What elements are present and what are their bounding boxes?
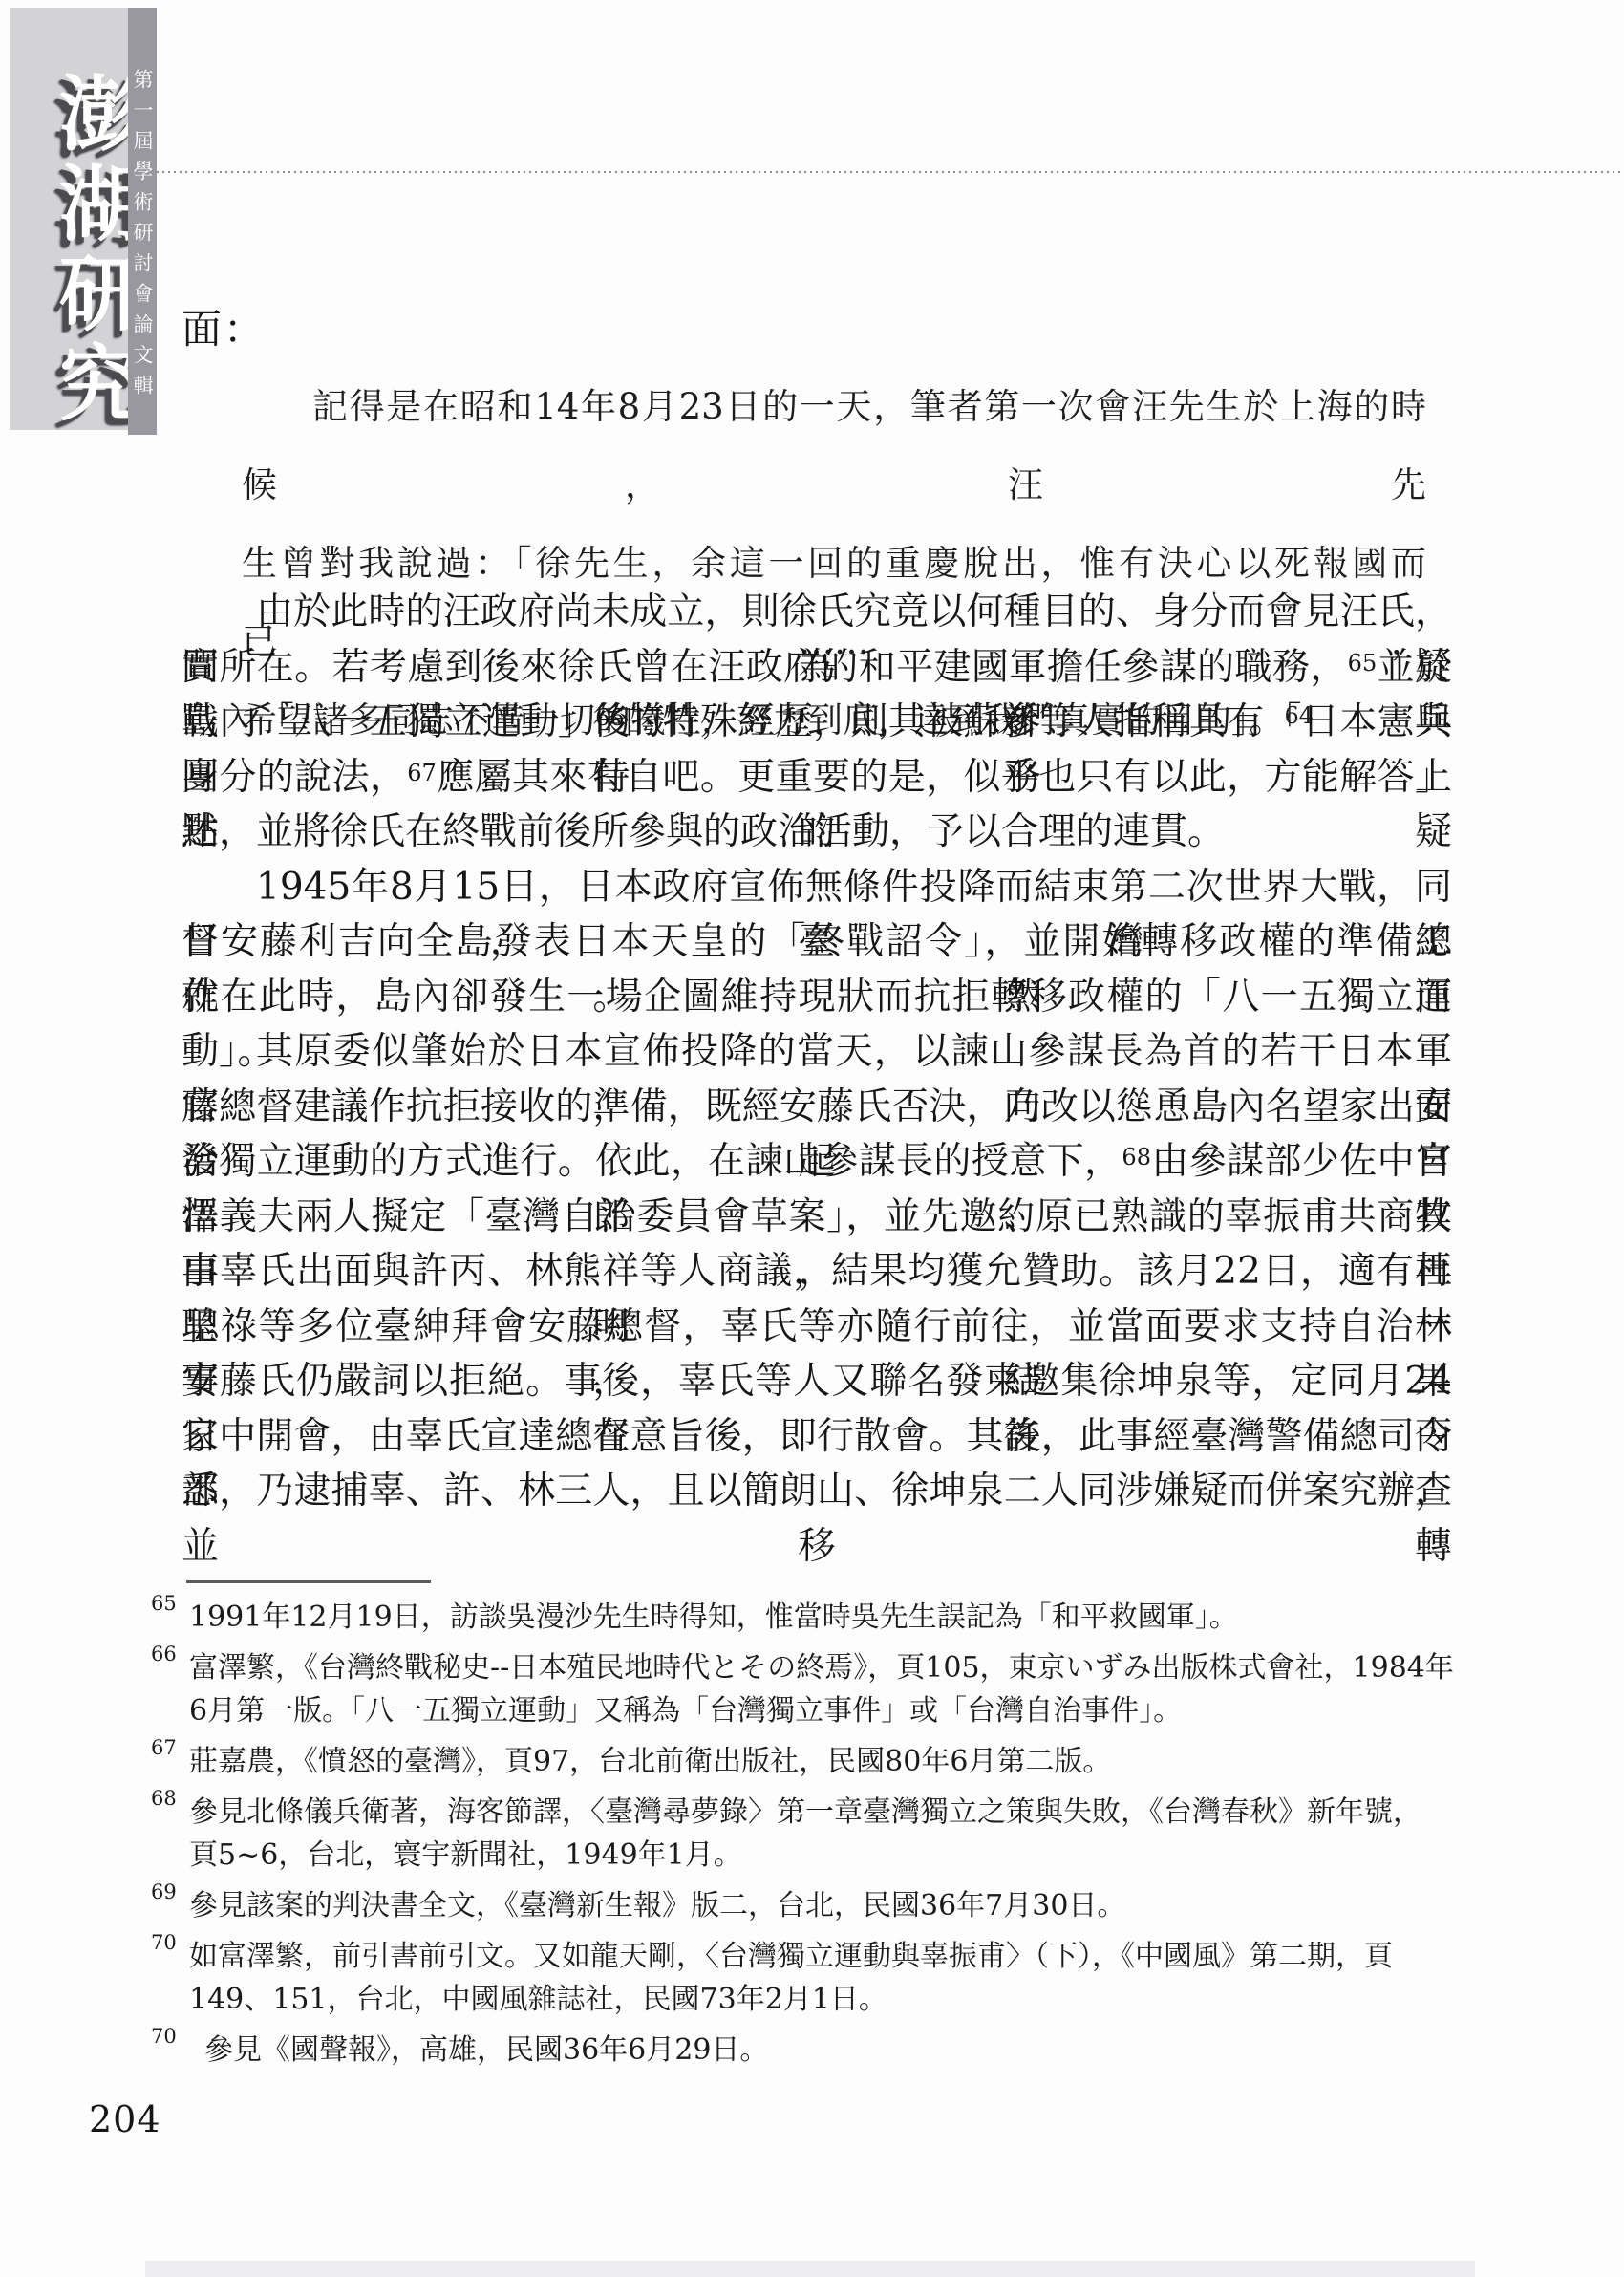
body-line: 悉，乃逮捕辜、許、林三人，且以簡朗山、徐坤泉二人同涉嫌疑而併案究辦，並移轉: [182, 1464, 1452, 1519]
scanned-document-page: 澎湖研究 第一屆學術研討會論文輯 面： 記得是在昭和14年8月23日的一天，筆者…: [0, 0, 1624, 2277]
footnote-65: 65 1991年12月19日，訪談吳漫沙先生時得知，惟當時吳先生誤記為「和平救國…: [151, 1596, 1490, 1639]
footnote-text: 富澤繁，《台灣終戰秘史--日本殖民地時代とその終焉》，頁105，東京いずみ出版株…: [189, 1646, 1490, 1689]
conference-subtitle-vertical: 第一屆學術研討會論文輯: [132, 69, 152, 405]
body-text-run: 問所在。若考慮到後來徐氏曾在汪政府的和平建國軍擔任參謀的職務，: [182, 646, 1348, 689]
body-text-run: 島內「八一五獨立運動」: [182, 700, 595, 743]
footnote-68: 68 參見北條儀兵衛著，海客節譯，〈臺灣尋夢錄〉第一章臺灣獨立之策與失敗，《台灣…: [151, 1791, 1490, 1877]
footnote-69: 69 參見該案的判決書全文，《臺灣新生報》版二，台北，民國36年7月30日。: [151, 1884, 1490, 1927]
footnote-text: 1991年12月19日，訪談吳漫沙先生時得知，惟當時吳先生誤記為「和平救國軍」。: [189, 1596, 1490, 1639]
footnote-ref-66: 66: [595, 704, 625, 731]
bottom-scan-band: [145, 2261, 1475, 2277]
footnote-70b: 70 參見《國聲報》，高雄，民國36年6月29日。: [151, 2029, 1490, 2072]
page-number: 204: [89, 2098, 161, 2140]
body-line: 就在此時，島內卻發生一場企圖維持現狀而抗拒轉移政權的「八一五獨立運動」。: [182, 970, 1452, 1025]
body-line: 藤總督建議作抗拒接收的準備，既經安藤氏否決，乃改以慫恿島內名望家出面發起自: [182, 1080, 1452, 1135]
footnote-ref-67: 67: [407, 760, 437, 786]
footnote-70: 70 如富澤繁，前引書前引文。又如龍天剛，〈台灣獨立運動與辜振甫〉（下），《中國…: [151, 1935, 1490, 2021]
quote-line: 記得是在昭和14年8月23日的一天，筆者第一次會汪先生於上海的時候，汪先: [242, 368, 1426, 525]
series-title-vertical: 澎湖研究: [52, 71, 134, 430]
footnote-text: 頁5~6，台北，寰宇新聞社，1949年1月。: [189, 1834, 1490, 1877]
body-line: 督安藤利吉向全島發表日本天皇的「終戰詔令」，並開始轉移政權的準備工作。然而: [182, 914, 1452, 970]
body-line: 家中開會，由辜氏宣達總督意旨後，即行散會。其後，此事經臺灣警備總司令部查: [182, 1409, 1452, 1465]
footnote-marker: 68: [151, 1789, 177, 1809]
header-dotted-rule: [157, 171, 1624, 173]
footnote-marker: 69: [151, 1882, 177, 1902]
body-line: 問所在。若考慮到後來徐氏曾在汪政府的和平建國軍擔任參謀的職務，65並於戰後參與: [182, 640, 1452, 696]
footnote-67: 67 莊嘉農，《憤怒的臺灣》，頁97，台北前衛出版社，民國80年6月第二版。: [151, 1740, 1490, 1783]
body-line: 島內「八一五獨立運動」66的特殊經歷，則其被蘇新等人指稱具有「日本憲兵團特務」: [182, 695, 1452, 750]
sidebar-gray-block: 澎湖研究: [10, 8, 128, 430]
body-line: 治獨立運動的方式進行。依此，在諫山參謀長的授意下，68由參謀部少佐中宮悟郎、牧: [182, 1134, 1452, 1190]
paragraph-leadin: 面：: [182, 298, 266, 355]
footnote-ref-65: 65: [1348, 650, 1378, 677]
body-line: 由辜氏出面與許丙、林熊祥等人商議，結果均獲允贊助。該月22日，適有杜聰明、林: [182, 1244, 1452, 1300]
body-line: 1945年8月15日，日本政府宣佈無條件投降而結束第二次世界大戰，同日，臺灣總: [182, 860, 1452, 915]
footnote-text: 參見北條儀兵衛著，海客節譯，〈臺灣尋夢錄〉第一章臺灣獨立之策與失敗，《台灣春秋》…: [189, 1791, 1490, 1834]
footnote-marker: 66: [151, 1644, 177, 1665]
footnote-marker: 70: [151, 1933, 177, 1953]
footnotes-section: 65 1991年12月19日，訪談吳漫沙先生時得知，惟當時吳先生誤記為「和平救國…: [151, 1596, 1490, 2079]
footnote-ref-68: 68: [1122, 1144, 1151, 1171]
footnote-text: 149、151，台北，中國風雜誌社，民國73年2月1日。: [189, 1978, 1490, 2021]
footnote-66: 66 富澤繁，《台灣終戰秘史--日本殖民地時代とその終焉》，頁105，東京いずみ…: [151, 1646, 1490, 1732]
sidebar-dark-strip: 第一屆學術研討會論文輯: [128, 8, 157, 435]
body-line: 由於此時的汪政府尚未成立，則徐氏究竟以何種目的、身分而會見汪氏，實為疑: [182, 585, 1452, 640]
body-line: 安藤氏仍嚴詞以拒絕。事後，辜氏等人又聯名發柬邀集徐坤泉等，定同月24日在許丙: [182, 1354, 1452, 1409]
body-line: 澤義夫兩人擬定「臺灣自治委員會草案」，並先邀約原已熟識的辜振甫共商其事，再: [182, 1190, 1452, 1245]
footnote-marker: 70: [151, 2027, 177, 2047]
footnote-text: 莊嘉農，《憤怒的臺灣》，頁97，台北前衛出版社，民國80年6月第二版。: [189, 1740, 1490, 1783]
body-text-run: 治獨立運動的方式進行。依此，在諫山參謀長的授意下，: [182, 1140, 1122, 1183]
footnote-text: 參見該案的判決書全文，《臺灣新生報》版二，台北，民國36年7月30日。: [189, 1884, 1490, 1927]
body-text-run: 身分的說法，: [182, 756, 407, 799]
body-line: 其原委似肇始於日本宣佈投降的當天，以諫山參謀長為首的若干日本軍官，向安: [182, 1024, 1452, 1080]
footnote-text: 參見《國聲報》，高雄，民國36年6月29日。: [204, 2029, 1490, 2072]
footnote-separator-rule: [186, 1580, 431, 1583]
body-text: 由於此時的汪政府尚未成立，則徐氏究竟以何種目的、身分而會見汪氏，實為疑 問所在。…: [182, 585, 1452, 1519]
body-line: 呈祿等多位臺紳拜會安藤總督，辜氏等亦隨行前往，並當面要求支持自治一事，結果: [182, 1300, 1452, 1355]
footnote-text: 6月第一版。「八一五獨立運動」又稱為「台灣獨立事件」或「台灣自治事件」。: [189, 1689, 1490, 1732]
footnote-text: 如富澤繁，前引書前引文。又如龍天剛，〈台灣獨立運動與辜振甫〉（下），《中國風》第…: [189, 1935, 1490, 1978]
footnote-marker: 65: [151, 1594, 177, 1614]
body-line: 身分的說法，67應屬其來有自吧。更重要的是，似乎也只有以此，方能解答上述的疑: [182, 750, 1452, 806]
footnote-marker: 67: [151, 1738, 177, 1758]
